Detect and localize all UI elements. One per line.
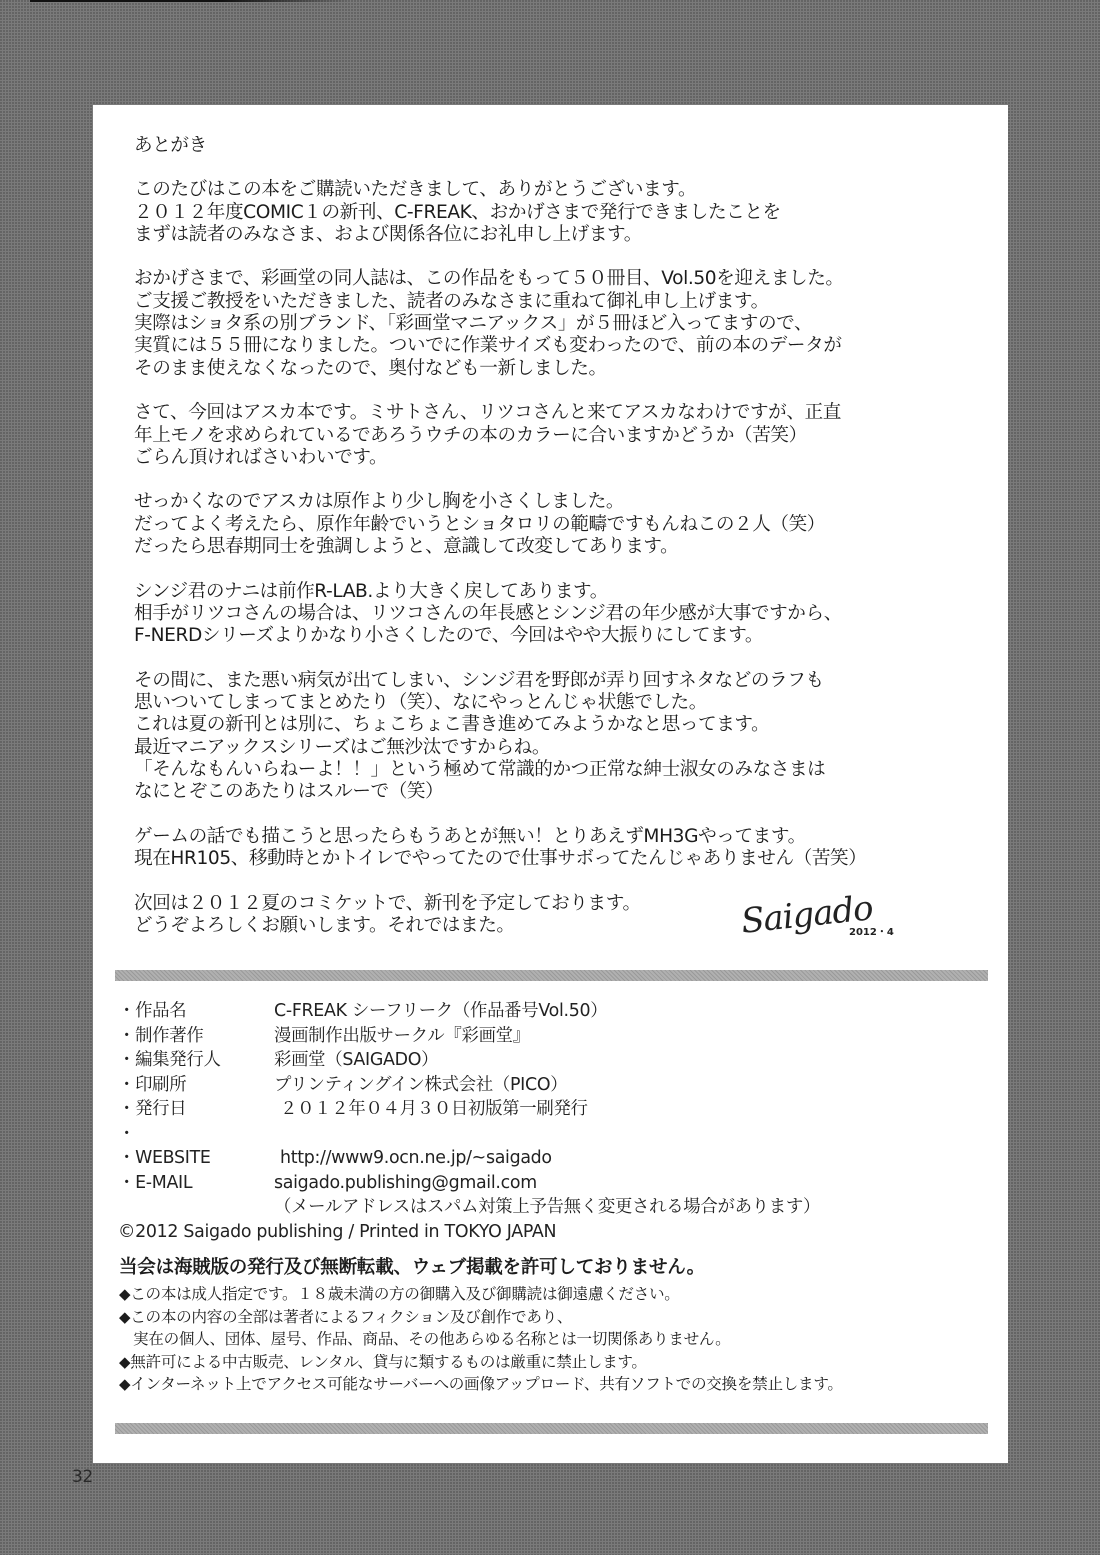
divider-top — [115, 970, 988, 981]
text-line: その間に、また悪い病気が出てしまい、シンジ君を野郎が弄り回すネタなどのラフも — [134, 670, 994, 692]
text-line: だってよく考えたら、原作年齢でいうとショタロリの範疇ですもんねこの２人（笑） — [134, 514, 994, 536]
text-line: 相手がリツコさんの場合は、リツコさんの年長感とシンジ君の年少感が大事ですから、 — [134, 603, 994, 625]
paragraph-design: せっかくなのでアスカは原作より少し胸を小さくしました。 だってよく考えたら、原作… — [134, 491, 994, 558]
colophon-value: 漫画制作出版サークル『彩画堂』 — [274, 1024, 530, 1049]
colophon-row-publisher: ・編集発行人 彩画堂（SAIGADO） — [118, 1048, 988, 1073]
copyright-text: ©2012 Saigado publishing / Printed in TO… — [118, 1220, 556, 1245]
text-line: 年上モノを求められているであろうウチの本のカラーに合いますかどうか（苦笑） — [134, 425, 994, 447]
colophon-value: 彩画堂（SAIGADO） — [274, 1048, 438, 1073]
text-line: だったら思春期同士を強調しようと、意識して改変してあります。 — [134, 536, 994, 558]
text-line: F-NERDシリーズよりかなり小さくしたので、今回はやや大振りにしてます。 — [134, 625, 994, 647]
paragraph-vol50: おかげさまで、彩画堂の同人誌は、この作品をもって５０冊目、Vol.50を迎えまし… — [134, 268, 994, 379]
colophon-label: ・ — [118, 1122, 274, 1147]
colophon-row-website: ・WEBSITE http://www9.ocn.ne.jp/~saigado — [118, 1146, 988, 1171]
scan-edge-bar — [30, 0, 350, 2]
text-line: ご支援ご教授をいただきました、読者のみなさまに重ねて御礼申し上げます。 — [134, 291, 994, 313]
page-panel: あとがき このたびはこの本をご購読いただきまして、ありがとうございます。 ２０１… — [93, 105, 1008, 1463]
copyright-line: ©2012 Saigado publishing / Printed in TO… — [118, 1220, 988, 1245]
text-line: さて、今回はアスカ本です。ミサトさん、リツコさんと来てアスカなわけですが、正直 — [134, 402, 994, 424]
notice-text: 無許可による中古販売、レンタル、貸与に類するものは厳重に禁止します。 — [130, 1353, 646, 1371]
text-line: おかげさまで、彩画堂の同人誌は、この作品をもって５０冊目、Vol.50を迎えまし… — [134, 268, 994, 290]
colophon-label: ・編集発行人 — [118, 1048, 274, 1073]
text-line: なにとぞこのあたりはスルーで（笑） — [134, 781, 994, 803]
text-line: 最近マニアックスシリーズはご無沙汰ですからね。 — [134, 737, 994, 759]
website-link[interactable]: http://www9.ocn.ne.jp/~saigado — [274, 1146, 552, 1171]
text-line: 実質には５５冊になりました。ついでに作業サイズも変わったので、前の本のデータが — [134, 335, 994, 357]
legal-notices: 当会は海賊版の発行及び無断転載、ウェブ掲載を許可しておりません。 ◆この本は成人… — [119, 1255, 999, 1396]
colophon-row-empty: ・ — [118, 1122, 988, 1147]
colophon-label: ・発行日 — [118, 1097, 274, 1122]
paragraph-game: ゲームの話でも描こうと思ったらもうあとが無い！とりあえずMH3Gやってます。 現… — [134, 826, 994, 871]
afterword-title: あとがき — [134, 135, 994, 157]
text-line: これは夏の新刊とは別に、ちょこちょこ書き進めてみようかなと思ってます。 — [134, 714, 994, 736]
text-line: ２０１２年度COMIC１の新刊、C-FREAK、おかげさまで発行できましたことを — [134, 202, 994, 224]
colophon-value: プリンティングイン株式会社（PICO） — [274, 1073, 567, 1098]
notice-text: インターネット上でアクセス可能なサーバーへの画像アップロード、共有ソフトでの交換… — [130, 1375, 842, 1393]
diamond-bullet-icon: ◆ — [119, 1285, 130, 1303]
diamond-bullet-icon: ◆ — [119, 1308, 130, 1326]
colophon-label: ・E-MAIL — [118, 1171, 274, 1196]
text-line: 実際はショタ系の別ブランド、「彩画堂マニアックス」が５冊ほど入ってますので、 — [134, 313, 994, 335]
author-signature: Saigado 2012・4 — [741, 895, 941, 965]
colophon-label: ・作品名 — [118, 999, 274, 1024]
notice-item: ◆この本は成人指定です。１８歳未満の方の御購入及び御購読は御遠慮ください。 — [119, 1283, 999, 1306]
text-line: 「そんなもんいらねーよ！！」という極めて常識的かつ正常な紳士淑女のみなさまは — [134, 759, 994, 781]
email-link[interactable]: saigado.publishing@gmail.com — [274, 1171, 537, 1196]
piracy-warning: 当会は海賊版の発行及び無断転載、ウェブ掲載を許可しておりません。 — [119, 1255, 999, 1281]
paragraph-thanks: このたびはこの本をご購読いただきまして、ありがとうございます。 ２０１２年度CO… — [134, 179, 994, 246]
notice-text: この本は成人指定です。１８歳未満の方の御購入及び御購読は御遠慮ください。 — [130, 1285, 679, 1303]
text-line: ごらん頂ければさいわいです。 — [134, 447, 994, 469]
notice-item: ◆インターネット上でアクセス可能なサーバーへの画像アップロード、共有ソフトでの交… — [119, 1373, 999, 1396]
text-line: せっかくなのでアスカは原作より少し胸を小さくしました。 — [134, 491, 994, 513]
colophon-row-production: ・制作著作 漫画制作出版サークル『彩画堂』 — [118, 1024, 988, 1049]
text-line: 思いついてしまってまとめたり（笑）、なにやっとんじゃ状態でした。 — [134, 692, 994, 714]
paragraph-maniacs: その間に、また悪い病気が出てしまい、シンジ君を野郎が弄り回すネタなどのラフも 思… — [134, 670, 994, 804]
divider-bottom — [115, 1423, 988, 1434]
text-line: ゲームの話でも描こうと思ったらもうあとが無い！とりあえずMH3Gやってます。 — [134, 826, 994, 848]
colophon-row-printer: ・印刷所 プリンティングイン株式会社（PICO） — [118, 1073, 988, 1098]
colophon-email-note: （メールアドレスはスパム対策上予告無く変更される場合があります） — [118, 1195, 988, 1220]
colophon-label: ・印刷所 — [118, 1073, 274, 1098]
colophon-label: ・制作著作 — [118, 1024, 274, 1049]
email-note-text: （メールアドレスはスパム対策上予告無く変更される場合があります） — [118, 1195, 820, 1220]
notice-item: ◆無許可による中古販売、レンタル、貸与に類するものは厳重に禁止します。 — [119, 1351, 999, 1374]
paragraph-asuka: さて、今回はアスカ本です。ミサトさん、リツコさんと来てアスカなわけですが、正直 … — [134, 402, 994, 469]
colophon-label: ・WEBSITE — [118, 1146, 274, 1171]
colophon-value: C-FREAK シーフリーク（作品番号Vol.50） — [274, 999, 607, 1024]
text-line: まずは読者のみなさま、および関係各位にお礼申し上げます。 — [134, 224, 994, 246]
page-number: 32 — [72, 1467, 93, 1487]
colophon-value: ２０１２年０４月３０日初版第一刷発行 — [274, 1097, 588, 1122]
text-line: 現在HR105、移動時とかトイレでやってたので仕事サボってたんじゃありません（苦… — [134, 848, 994, 870]
paragraph-shinji: シンジ君のナニは前作R-LAB.より大きく戻してあります。 相手がリツコさんの場… — [134, 581, 994, 648]
colophon: ・作品名 C-FREAK シーフリーク（作品番号Vol.50） ・制作著作 漫画… — [118, 999, 988, 1244]
diamond-bullet-icon: ◆ — [119, 1353, 130, 1371]
notice-text: この本の内容の全部は著者によるフィクション及び創作であり、 — [130, 1308, 572, 1326]
text-line: このたびはこの本をご購読いただきまして、ありがとうございます。 — [134, 179, 994, 201]
colophon-row-title: ・作品名 C-FREAK シーフリーク（作品番号Vol.50） — [118, 999, 988, 1024]
colophon-row-email: ・E-MAIL saigado.publishing@gmail.com — [118, 1171, 988, 1196]
afterword-section: あとがき このたびはこの本をご購読いただきまして、ありがとうございます。 ２０１… — [134, 135, 994, 960]
text-line: シンジ君のナニは前作R-LAB.より大きく戻してあります。 — [134, 581, 994, 603]
text-line: そのまま使えなくなったので、奥付なども一新しました。 — [134, 358, 994, 380]
colophon-row-date: ・発行日 ２０１２年０４月３０日初版第一刷発行 — [118, 1097, 988, 1122]
diamond-bullet-icon: ◆ — [119, 1375, 130, 1393]
notice-item: ◆この本の内容の全部は著者によるフィクション及び創作であり、 実在の個人、団体、… — [119, 1306, 999, 1351]
notice-text-continued: 実在の個人、団体、屋号、作品、商品、その他あらゆる名称とは一切関係ありません。 — [119, 1328, 999, 1351]
signature-date: 2012・4 — [849, 923, 894, 938]
